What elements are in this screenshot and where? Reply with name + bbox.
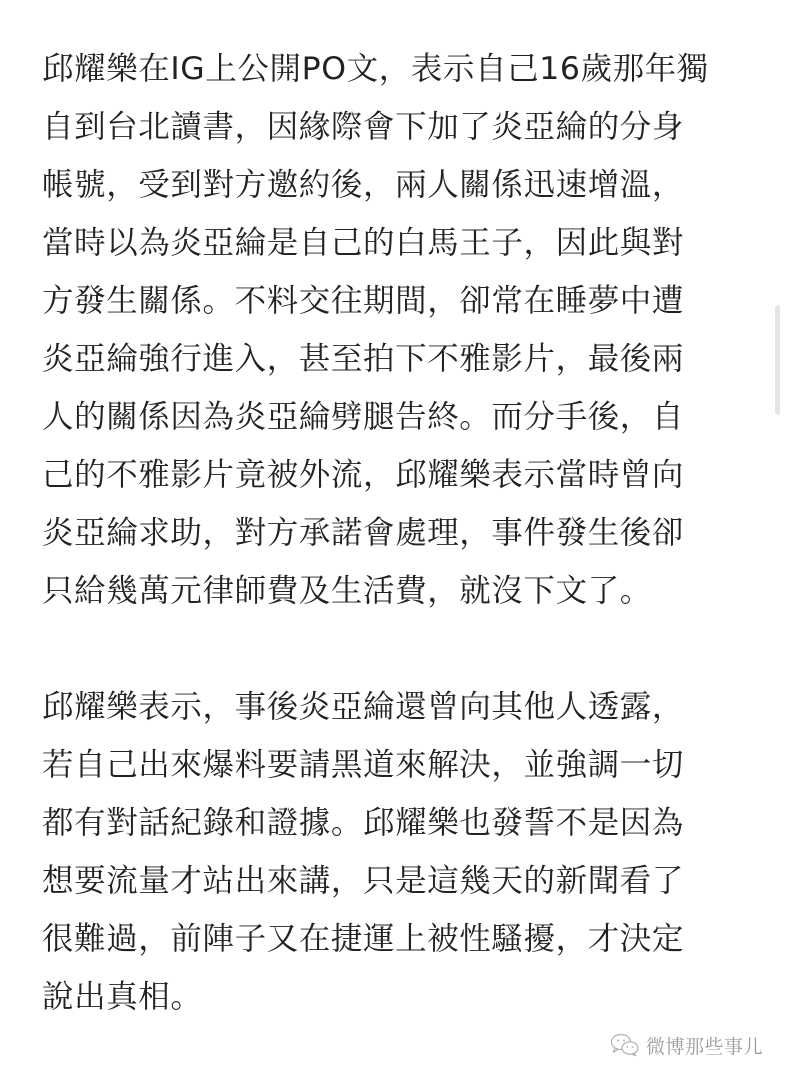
text-line: 己的不雅影片竟被外流，邱耀樂表示當時曾向 (42, 446, 742, 504)
text-line: 邱耀樂在IG上公開PO文，表示自己16歲那年獨 (42, 40, 742, 98)
text-line: 很難過，前陣子又在捷運上被性騷擾，才決定 (42, 910, 742, 968)
text-line: 炎亞綸強行進入，甚至拍下不雅影片，最後兩 (42, 330, 742, 388)
text-line: 都有對話紀錄和證據。邱耀樂也發誓不是因為 (42, 794, 742, 852)
text-line: 當時以為炎亞綸是自己的白馬王子，因此與對 (42, 214, 742, 272)
text-line: 說出真相。 (42, 968, 742, 1026)
text-line: 想要流量才站出來講，只是這幾天的新聞看了 (42, 852, 742, 910)
paragraph-2: 邱耀樂表示，事後炎亞綸還曾向其他人透露， 若自己出來爆料要請黑道來解決，並強調一… (42, 678, 742, 1026)
text-line: 自到台北讀書，因緣際會下加了炎亞綸的分身 (42, 98, 742, 156)
watermark-text: 微博那些事儿 (646, 1032, 763, 1059)
text-line: 若自己出來爆料要請黑道來解決，並強調一切 (42, 736, 742, 794)
text-line: 只給幾萬元律師費及生活費，就沒下文了。 (42, 562, 742, 620)
text-line: 邱耀樂表示，事後炎亞綸還曾向其他人透露， (42, 678, 742, 736)
watermark: 微博那些事儿 (610, 1031, 763, 1059)
text-line: 方發生關係。不料交往期間，卻常在睡夢中遭 (42, 272, 742, 330)
text-line: 炎亞綸求助，對方承諾會處理，事件發生後卻 (42, 504, 742, 562)
wechat-icon (610, 1033, 640, 1057)
text-line: 帳號，受到對方邀約後，兩人關係迅速增溫， (42, 156, 742, 214)
text-line: 人的關係因為炎亞綸劈腿告終。而分手後，自 (42, 388, 742, 446)
paragraph-1: 邱耀樂在IG上公開PO文，表示自己16歲那年獨 自到台北讀書，因緣際會下加了炎亞… (42, 40, 742, 620)
vertical-scrollbar[interactable] (775, 305, 780, 415)
article-body: 邱耀樂在IG上公開PO文，表示自己16歲那年獨 自到台北讀書，因緣際會下加了炎亞… (42, 40, 742, 1026)
